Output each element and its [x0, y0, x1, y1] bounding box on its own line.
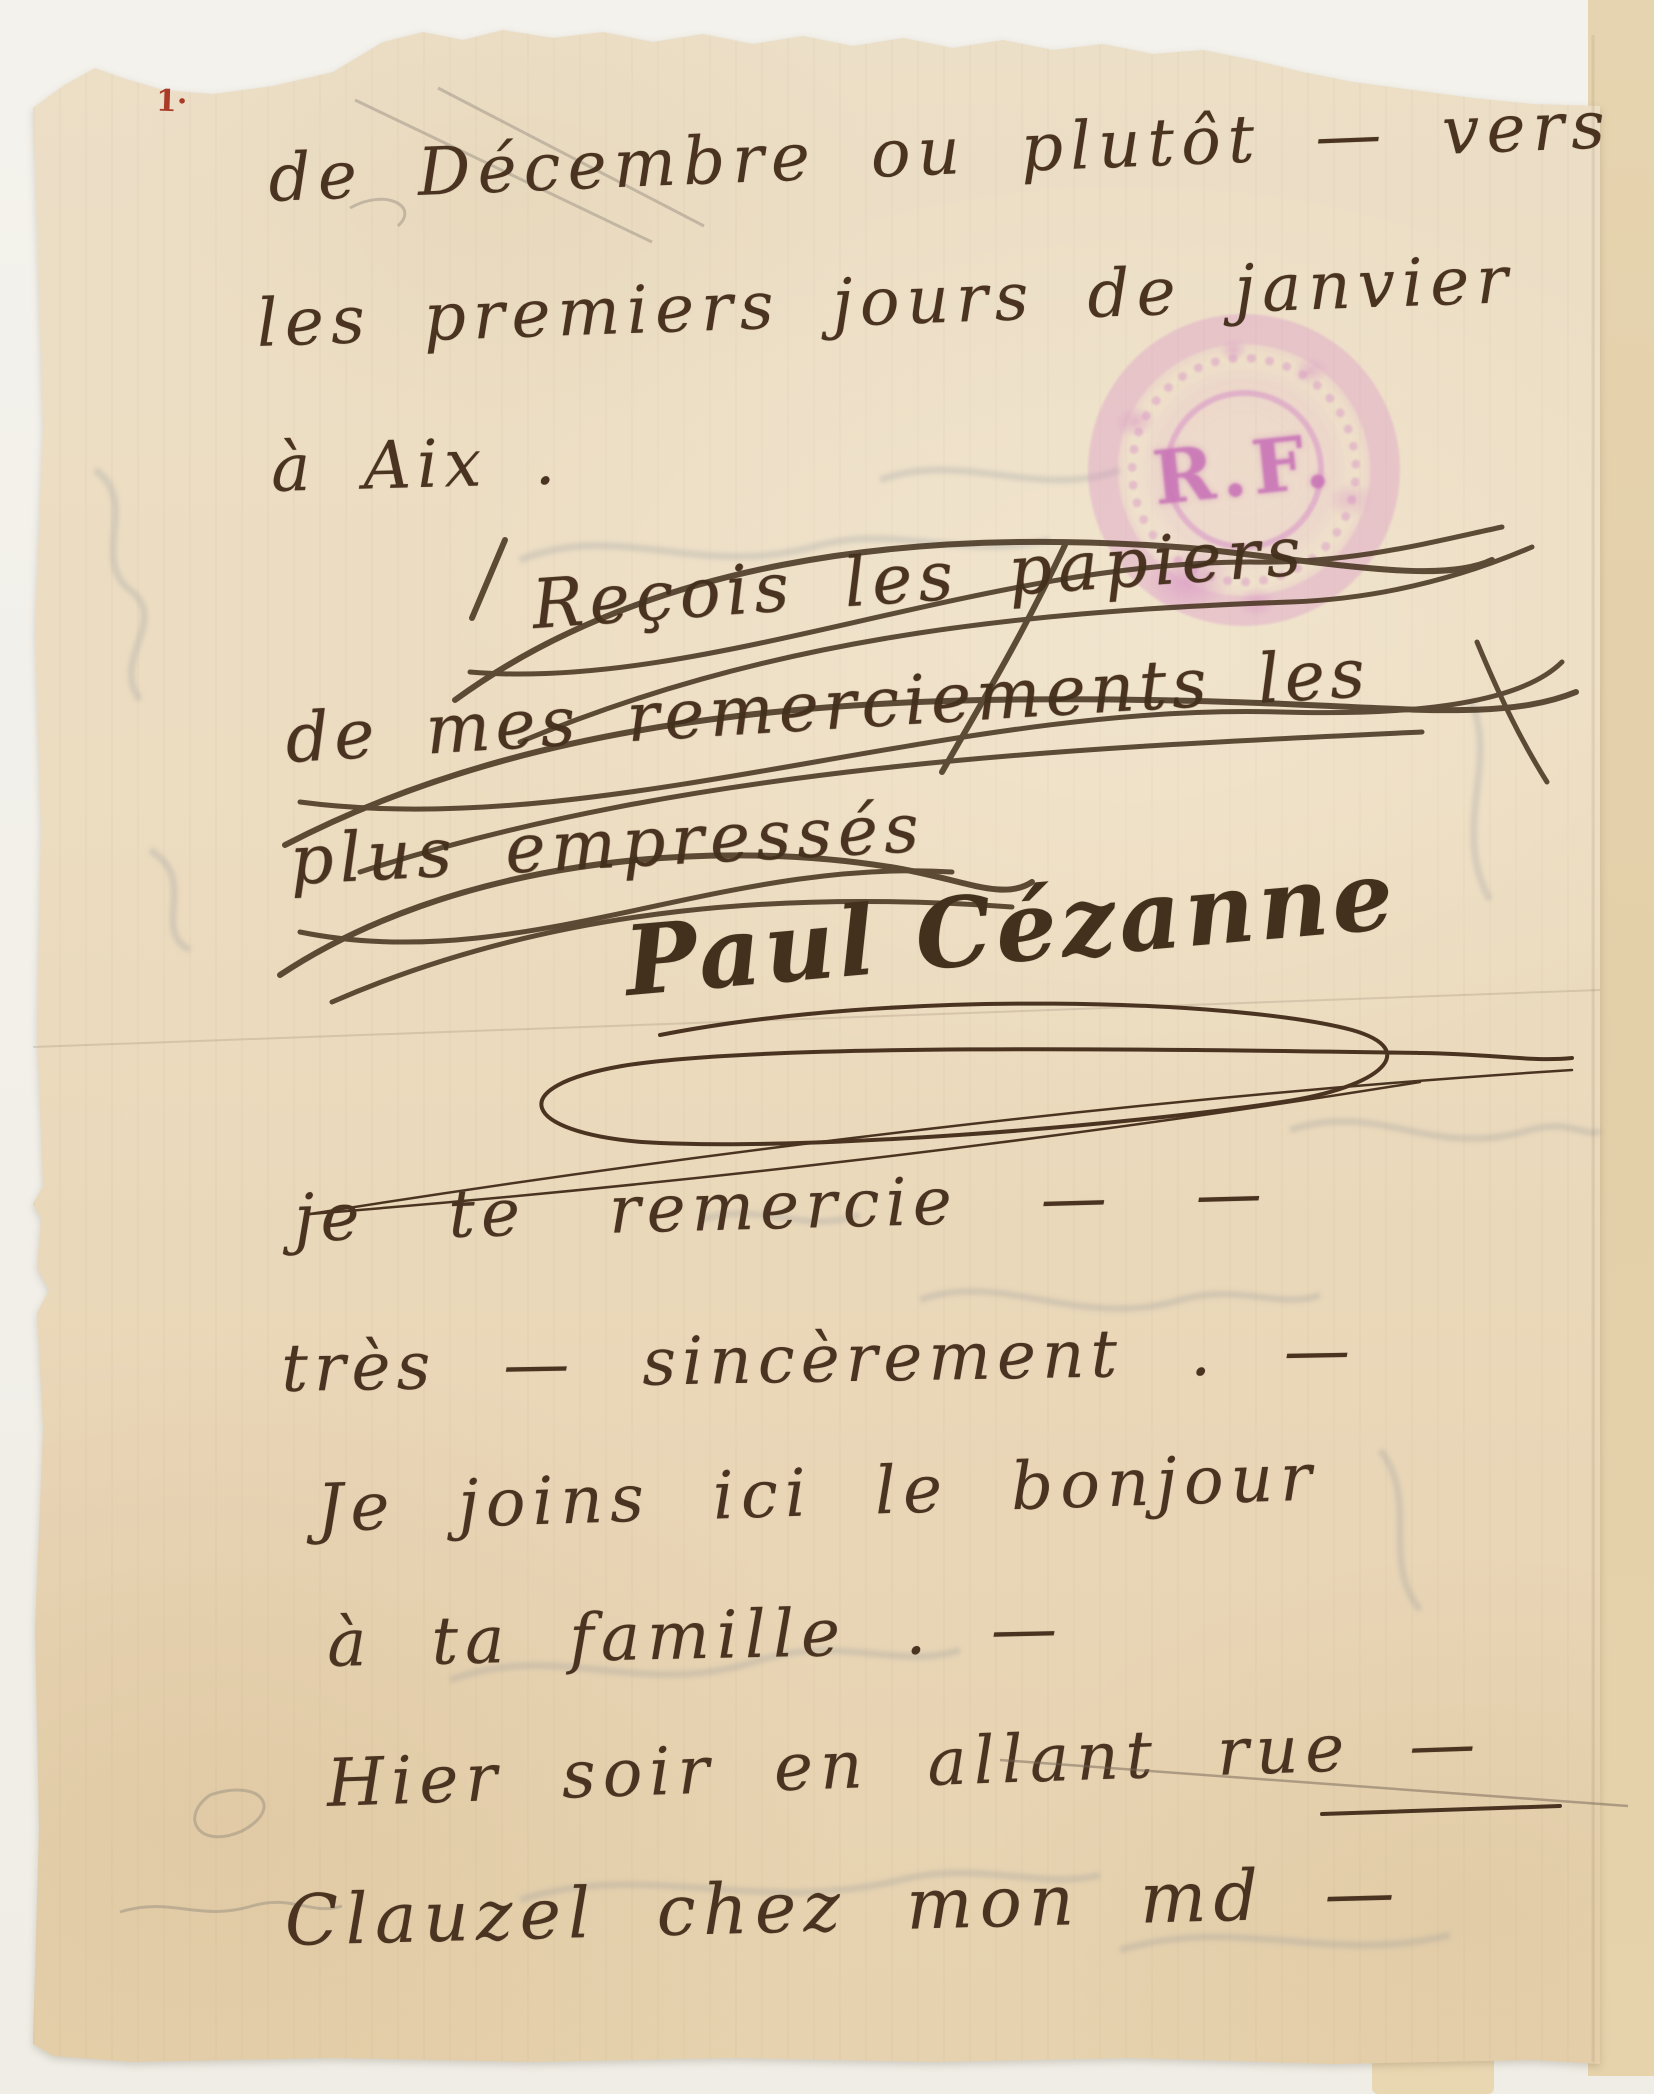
- letter-line-3: à Aix .: [270, 422, 562, 507]
- red-page-marker: 1·: [155, 83, 188, 119]
- letter-scan: { "letter": { "page_marker": "1·", "line…: [0, 0, 1654, 2094]
- letter-line-10: à ta famille . —: [326, 1590, 1064, 1682]
